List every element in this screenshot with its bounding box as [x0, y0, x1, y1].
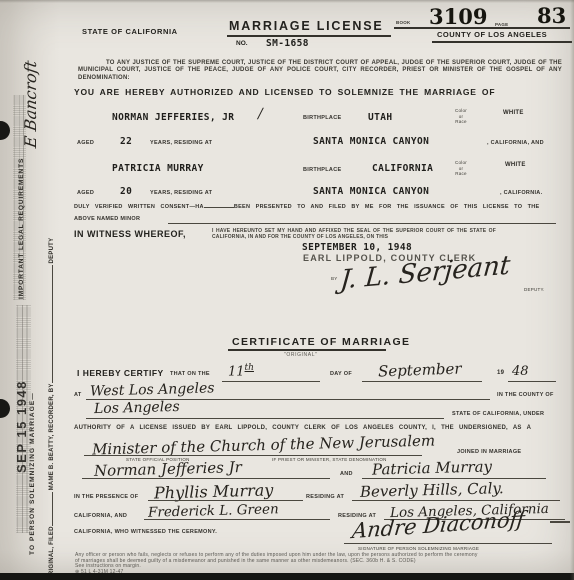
witnessed-ceremony-line: CALIFORNIA, WHO WITNESSED THE CEREMONY.: [74, 529, 217, 535]
clerk-by-label: BY: [331, 276, 338, 281]
groom-years-label: YEARS, RESIDING AT: [150, 140, 212, 146]
license-no-label: NO.: [236, 40, 248, 47]
residing-at-label-1: RESIDING AT: [306, 494, 344, 500]
officiant-signature-rule: [344, 543, 552, 544]
recorder-by-blank: [47, 265, 53, 383]
bride-years-label: YEARS, RESIDING AT: [150, 190, 212, 196]
denomination-caption: IF PRIEST OR MINISTER, STATE DENOMINATIO…: [272, 457, 387, 462]
bride-race-value: WHITE: [505, 162, 526, 168]
in-witness-whereof: IN WITNESS WHEREOF,: [74, 229, 186, 239]
margin-deputy-signature: E Bancroft: [21, 59, 40, 149]
officiant-signature: Andre Diaconoff: [351, 507, 526, 543]
day-value: 11th: [228, 363, 254, 379]
bride-color-race-label: Color or Race: [455, 160, 467, 177]
scan-right-edge: [570, 0, 574, 580]
state-under-label: STATE OF CALIFORNIA, UNDER: [452, 411, 544, 417]
addressee-paragraph: TO ANY JUSTICE OF THE SUPREME COURT, JUS…: [78, 60, 562, 82]
county-value-rule: [86, 418, 444, 419]
book-number: 3109: [429, 4, 487, 29]
county-rule: [432, 41, 572, 43]
month-value: September: [378, 360, 462, 381]
filed-blank: [47, 492, 53, 526]
groom-color-race-label: Color or Race: [455, 108, 467, 125]
certify-lead: I HEREBY CERTIFY: [77, 368, 164, 378]
that-on-label: THAT ON THE: [170, 371, 210, 377]
witness1-residence: Beverly Hills, Caly.: [360, 479, 504, 501]
witness1-rule: [148, 500, 303, 501]
at-label: AT: [74, 392, 82, 398]
margin-filed-line: ORIGINAL, FILED MAME B. BEATTY, RECORDER…: [47, 238, 55, 580]
book-page-rule: [394, 27, 570, 29]
bride-residence-suffix: , CALIFORNIA.: [500, 190, 542, 196]
signature-flourish-dash: [550, 521, 570, 523]
page-number: 83: [537, 3, 566, 28]
place-value: West Los Angeles: [90, 380, 215, 399]
position-rule: [84, 455, 422, 456]
groom-signature-name: Norman Jefferies Jr: [94, 458, 242, 480]
marriage-license-document: TO PERSON SOLEMNIZING MARRIAGE— IMPORTAN…: [0, 0, 574, 580]
groom-birthplace-label: BIRTHPLACE: [303, 115, 341, 121]
certificate-title: CERTIFICATE OF MARRIAGE: [232, 336, 410, 348]
witness2-rule: [144, 519, 330, 520]
witness-body-text: I HAVE HEREUNTO SET MY HAND AND AFFIXED …: [212, 229, 496, 241]
margin-heading-line2: IMPORTANT LEGAL REQUIREMENTS: [18, 158, 25, 299]
witness2-name: Frederick L. Green: [148, 501, 279, 520]
minor-blank-rule: [168, 223, 556, 224]
scan-top-edge: [0, 0, 574, 3]
deputy-label: DEPUTY.: [524, 287, 545, 292]
groom-residence-value: SANTA MONICA CANYON: [313, 136, 429, 147]
witness-date: SEPTEMBER 10, 1948: [302, 242, 412, 253]
pen-mark: ∕: [258, 106, 263, 122]
year-rule: [508, 381, 556, 382]
bride-residence-value: SANTA MONICA CANYON: [313, 186, 429, 197]
margin-deputy-label: DEPUTY: [49, 238, 55, 264]
certificate-title-underline: [228, 349, 386, 351]
groom-aged-label: AGED: [77, 140, 94, 146]
day-suffix: th: [245, 363, 254, 373]
groom-name: NORMAN JEFFERIES, JR: [112, 112, 234, 123]
bride-birthplace-label: BIRTHPLACE: [303, 167, 341, 173]
scan-bottom-edge: [0, 573, 574, 580]
presence-label: IN THE PRESENCE OF: [74, 494, 138, 500]
margin-by-label: BY: [49, 383, 55, 392]
consent-blank: [204, 202, 234, 208]
authorization-line: YOU ARE HEREBY AUTHORIZED AND LICENSED T…: [74, 87, 495, 97]
county-heading: COUNTY OF LOS ANGELES: [437, 30, 547, 39]
bride-age-value: 20: [120, 186, 132, 197]
original-filed-label: ORIGINAL, FILED: [49, 526, 55, 580]
in-county-label: IN THE COUNTY OF: [497, 392, 554, 398]
signature-caption: SIGNATURE OF PERSON SOLEMNIZING MARRIAGE: [358, 546, 479, 551]
legal-line-3: See instructions on margin.: [75, 564, 561, 570]
consent-line: DULY VERIFIED WRITTEN CONSENT—HABEEN PRE…: [74, 202, 540, 210]
bride-sig-rule: [362, 478, 546, 479]
groom-race-value: WHITE: [503, 110, 524, 116]
joined-label: JOINED IN MARRIAGE: [457, 449, 521, 455]
filed-date-stamp: SEP 15 1948: [14, 380, 29, 473]
day-of-label: DAY OF: [330, 371, 352, 377]
bride-birthplace-value: CALIFORNIA: [372, 163, 433, 174]
title-underline: [227, 35, 391, 37]
state-heading: STATE OF CALIFORNIA: [82, 27, 178, 36]
bride-name: PATRICIA MURRAY: [112, 163, 204, 174]
punch-hole-top: [0, 121, 10, 140]
bride-aged-label: AGED: [77, 190, 94, 196]
day-rule: [222, 381, 320, 382]
and-label: AND: [340, 471, 353, 477]
year-prefix: 19: [497, 370, 504, 376]
county-value: Los Angeles: [94, 399, 180, 417]
legal-fine-print: Any officer or person who fails, neglect…: [75, 553, 561, 570]
groom-age-value: 22: [120, 136, 132, 147]
groom-birthplace-value: UTAH: [368, 112, 392, 123]
margin-heading-line1: TO PERSON SOLEMNIZING MARRIAGE—: [29, 392, 36, 555]
groom-residence-suffix: , CALIFORNIA, AND: [487, 140, 544, 146]
minor-line: ABOVE NAMED MINOR: [74, 216, 140, 222]
california-and-label: CALIFORNIA, AND: [74, 513, 127, 519]
certificate-subtitle: "ORIGINAL": [284, 352, 317, 358]
license-no-value: SM-1658: [266, 38, 309, 49]
recorder-name: MAME B. BEATTY, RECORDER,: [49, 394, 55, 490]
groom-sig-rule: [82, 478, 330, 479]
year-value: 48: [512, 364, 529, 379]
document-title: MARRIAGE LICENSE: [229, 19, 384, 33]
punch-hole-bottom: [0, 399, 10, 418]
bride-signature-name: Patricia Murray: [372, 457, 492, 478]
book-label: BOOK: [396, 20, 411, 25]
authority-line: AUTHORITY OF A LICENSE ISSUED BY EARL LI…: [74, 425, 531, 431]
month-rule: [362, 381, 482, 382]
